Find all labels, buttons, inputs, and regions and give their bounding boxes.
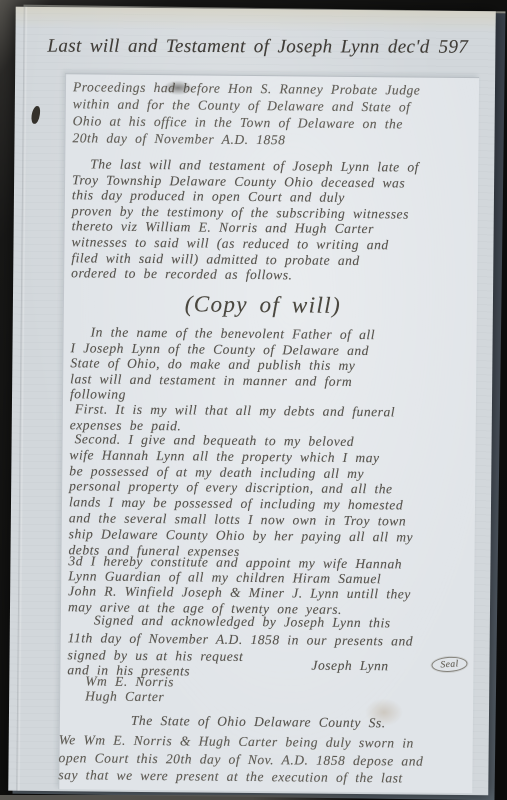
witness-list: Wm E. Norris Hugh Carter (85, 674, 174, 704)
handwritten-line: 20th day of November A.D. 1858 (72, 129, 420, 149)
scanned-record-book-photo: Last will and Testament of Joseph Lynn d… (0, 0, 507, 800)
proceedings-paragraph: Proceedings had before Hon S. Ranney Pro… (72, 78, 420, 149)
ink-blot (31, 105, 41, 124)
third-clause-paragraph: 3d I hereby constitute and appoint my wi… (68, 553, 411, 617)
handwritten-line: say that we were present at the executio… (58, 766, 423, 787)
witness-signature: Hugh Carter (85, 689, 174, 705)
second-clause-paragraph: Second. I give and bequeath to my belove… (68, 431, 414, 561)
book-bottom-edge (0, 795, 360, 800)
state-county-heading: The State of Ohio Delaware County Ss. (131, 713, 386, 731)
seal-stamp: Seal (431, 656, 468, 673)
title-text: Last will and Testament of Joseph Lynn d… (47, 36, 429, 58)
handwritten-line: ordered to be recorded as follows. (71, 265, 418, 284)
record-number: 597 (439, 37, 469, 58)
will-intro-paragraph: In the name of the benevolent Father of … (70, 324, 375, 405)
testator-signature: Joseph Lynn (311, 658, 388, 675)
witness-deposition-paragraph: We Wm E. Norris & Hugh Carter being duly… (58, 731, 423, 787)
page-title: Last will and Testament of Joseph Lynn d… (47, 36, 499, 59)
probate-entry-paragraph: The last will and testament of Joseph Ly… (71, 156, 419, 284)
record-book-page: Last will and Testament of Joseph Lynn d… (8, 7, 496, 796)
copy-of-will-heading: (Copy of will) (73, 290, 453, 320)
ink-smudge (163, 80, 193, 95)
first-clause-paragraph: First. It is my will that all my debts a… (70, 401, 395, 435)
page-fold-line (16, 7, 28, 791)
